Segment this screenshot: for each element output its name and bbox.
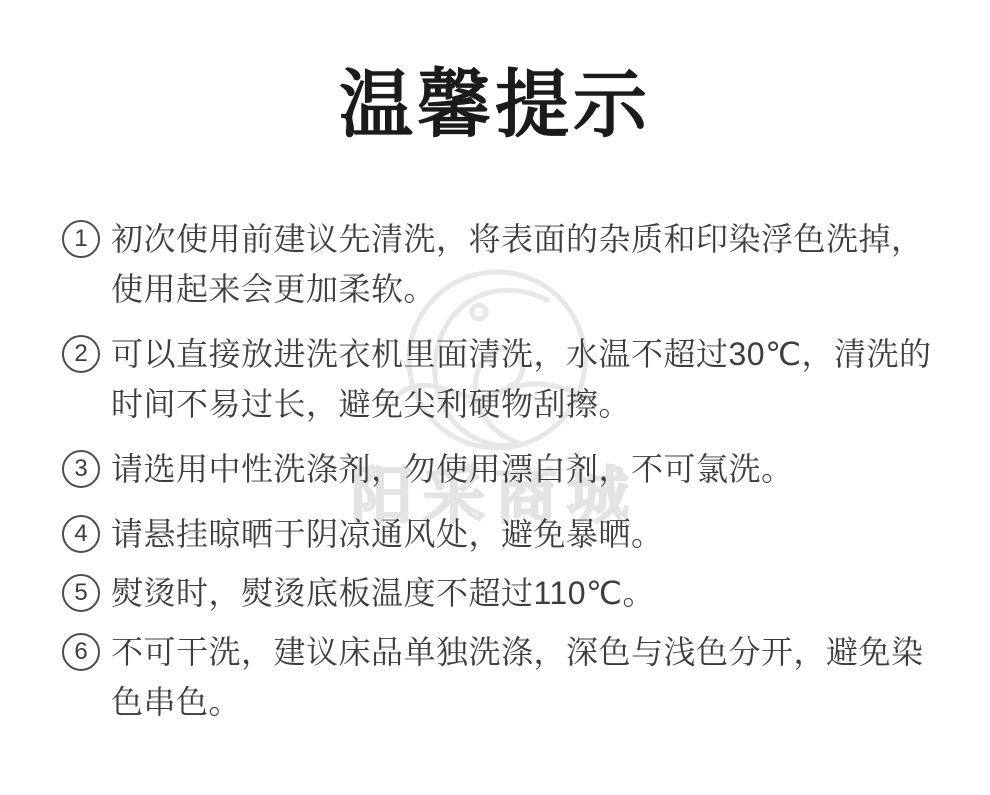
tip-item: 3 请选用中性洗涤剂，勿使用漂白剂，不可氯洗。 xyxy=(62,444,942,494)
tip-text: 请选用中性洗涤剂，勿使用漂白剂，不可氯洗。 xyxy=(111,444,794,494)
tip-number-badge: 3 xyxy=(62,450,100,488)
tip-number-badge: 4 xyxy=(62,515,100,553)
tip-item: 1 初次使用前建议先清洗，将表面的杂质和印染浮色洗掉， 使用起来会更加柔软。 xyxy=(62,214,942,314)
tip-number-badge: 2 xyxy=(62,335,100,373)
tip-text: 请悬挂晾晒于阴凉通风处，避免暴晒。 xyxy=(111,509,664,559)
tip-text: 不可干洗，建议床品单独洗涤，深色与浅色分开，避免染 色串色。 xyxy=(111,627,924,727)
tip-number-badge: 1 xyxy=(62,220,100,258)
page-title: 温馨提示 xyxy=(0,0,990,148)
tip-item: 4 请悬挂晾晒于阴凉通风处，避免暴晒。 xyxy=(62,509,942,559)
tips-page: 温馨提示 1 初次使用前建议先清洗，将表面的杂质和印染浮色洗掉， 使用起来会更加… xyxy=(0,0,990,795)
tip-item: 6 不可干洗，建议床品单独洗涤，深色与浅色分开，避免染 色串色。 xyxy=(62,627,942,727)
tip-item: 5 熨烫时，熨烫底板温度不超过110℃。 xyxy=(62,568,942,618)
tips-list: 1 初次使用前建议先清洗，将表面的杂质和印染浮色洗掉， 使用起来会更加柔软。 2… xyxy=(0,214,990,727)
tip-number-badge: 6 xyxy=(62,633,100,671)
tip-text: 熨烫时，熨烫底板温度不超过110℃。 xyxy=(111,568,655,618)
tip-item: 2 可以直接放进洗衣机里面清洗，水温不超过30℃，清洗的 时间不易过长，避免尖利… xyxy=(62,329,942,429)
tip-number-badge: 5 xyxy=(62,574,100,612)
tip-text: 可以直接放进洗衣机里面清洗，水温不超过30℃，清洗的 时间不易过长，避免尖利硬物… xyxy=(111,329,932,429)
tip-text: 初次使用前建议先清洗，将表面的杂质和印染浮色洗掉， 使用起来会更加柔软。 xyxy=(111,214,924,314)
